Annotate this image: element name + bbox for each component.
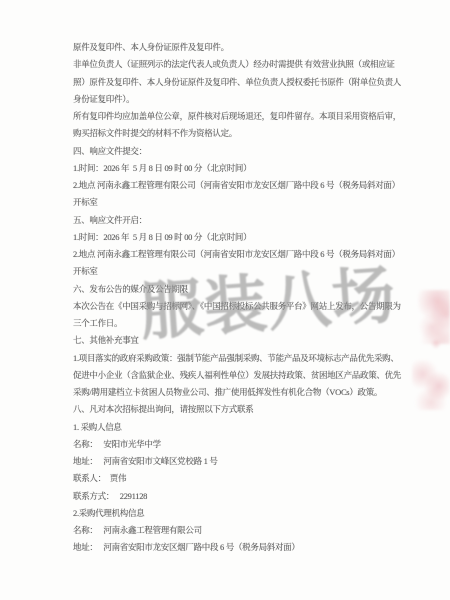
document-line: 三个工作日。 [73, 315, 403, 332]
section-heading-8: 八、凡对本次招标提出询问，请按照以下方式联系 [73, 401, 403, 418]
document-line: 1.时间：2026 年 5 月 8 日 09 时 00 分（北京时间） [73, 229, 403, 246]
buyer-contact-line: 联系人： 贾伟 [73, 470, 403, 487]
document-line: 1.时间：2026 年 5 月 8 日 09 时 00 分（北京时间） [73, 160, 403, 177]
buyer-phone-line: 联系方式： 2291128 [73, 488, 403, 505]
agency-name-line: 名称： 河南永鑫工程管理有限公司 [73, 522, 403, 539]
document-line: 2.采购代理机构信息 [73, 505, 403, 522]
document-line: 原件及复印件、本人身份证原件及复印件。 [73, 39, 403, 56]
document-line: 开标室 [73, 263, 403, 280]
document-line: 2.地点 河南永鑫工程管理有限公司（河南省安阳市龙安区烟厂路中段 6 号（税务局… [73, 177, 403, 194]
buyer-address-line: 地址： 河南省安阳市文峰区党校路 1 号 [73, 453, 403, 470]
scanned-document-page: 原件及复印件、本人身份证原件及复印件。 非单位负责人（证照列示的法定代表人或负责… [0, 0, 450, 600]
buyer-name-line: 名称： 安阳市光华中学 [73, 436, 403, 453]
document-line: 所有复印件均应加盖单位公章，原件核对后现场退还，复印件留存。本项目采用资格后审， [73, 108, 403, 125]
agency-address-line: 地址： 河南省安阳市龙安区烟厂路中段 6 号（税务局斜对面） [73, 539, 403, 556]
document-line: 开标室 [73, 194, 403, 211]
document-line: 1. 采购人信息 [73, 419, 403, 436]
document-line: 非单位负责人（证照列示的法定代表人或负责人）经办时需提供 有效营业执照（或相应证 [73, 56, 403, 73]
document-line: 身份证复印件）。 [73, 91, 403, 108]
document-text-block: 原件及复印件、本人身份证原件及复印件。 非单位负责人（证照列示的法定代表人或负责… [73, 39, 403, 557]
section-heading-6: 六、发布公告的媒介及公告期限 [73, 281, 403, 298]
document-line: 2.地点 河南永鑫工程管理有限公司（河南省安阳市龙安区烟厂路中段 6 号（税务局… [73, 246, 403, 263]
document-line: 照）原件及复印件、本人身份证原件及复印件、单位负责人授权委托书原件（附单位负责人 [73, 74, 403, 91]
red-stamp-remnant [430, 338, 442, 350]
section-heading-7: 七、其他补充事宜 [73, 332, 403, 349]
section-heading-5: 五、响应文件开启： [73, 212, 403, 229]
document-line: 1.项目落实的政府采购政策：强制节能产品强制采购、节能产品及环境标志产品优先采购… [73, 350, 403, 367]
red-stamp-remnant [412, 360, 450, 410]
document-line: 购买招标文件时提交的材料不作为资格认定。 [73, 125, 403, 142]
document-line: 本次公告在《中国采购与招标网》、《中国招标投标公共服务平台》网站上发布，公告期限… [73, 298, 403, 315]
document-line: 促进中小企业（含监狱企业、残疾人福利性单位）发展扶持政策、贫困地区产品政策、优先 [73, 367, 403, 384]
red-stamp-remnant [418, 290, 450, 344]
section-heading-4: 四、响应文件提交： [73, 143, 403, 160]
document-line: 采购/聘用建档立卡贫困人员物业公司、推广使用低挥发性有机化合物（VOCs）政策。 [73, 384, 403, 401]
